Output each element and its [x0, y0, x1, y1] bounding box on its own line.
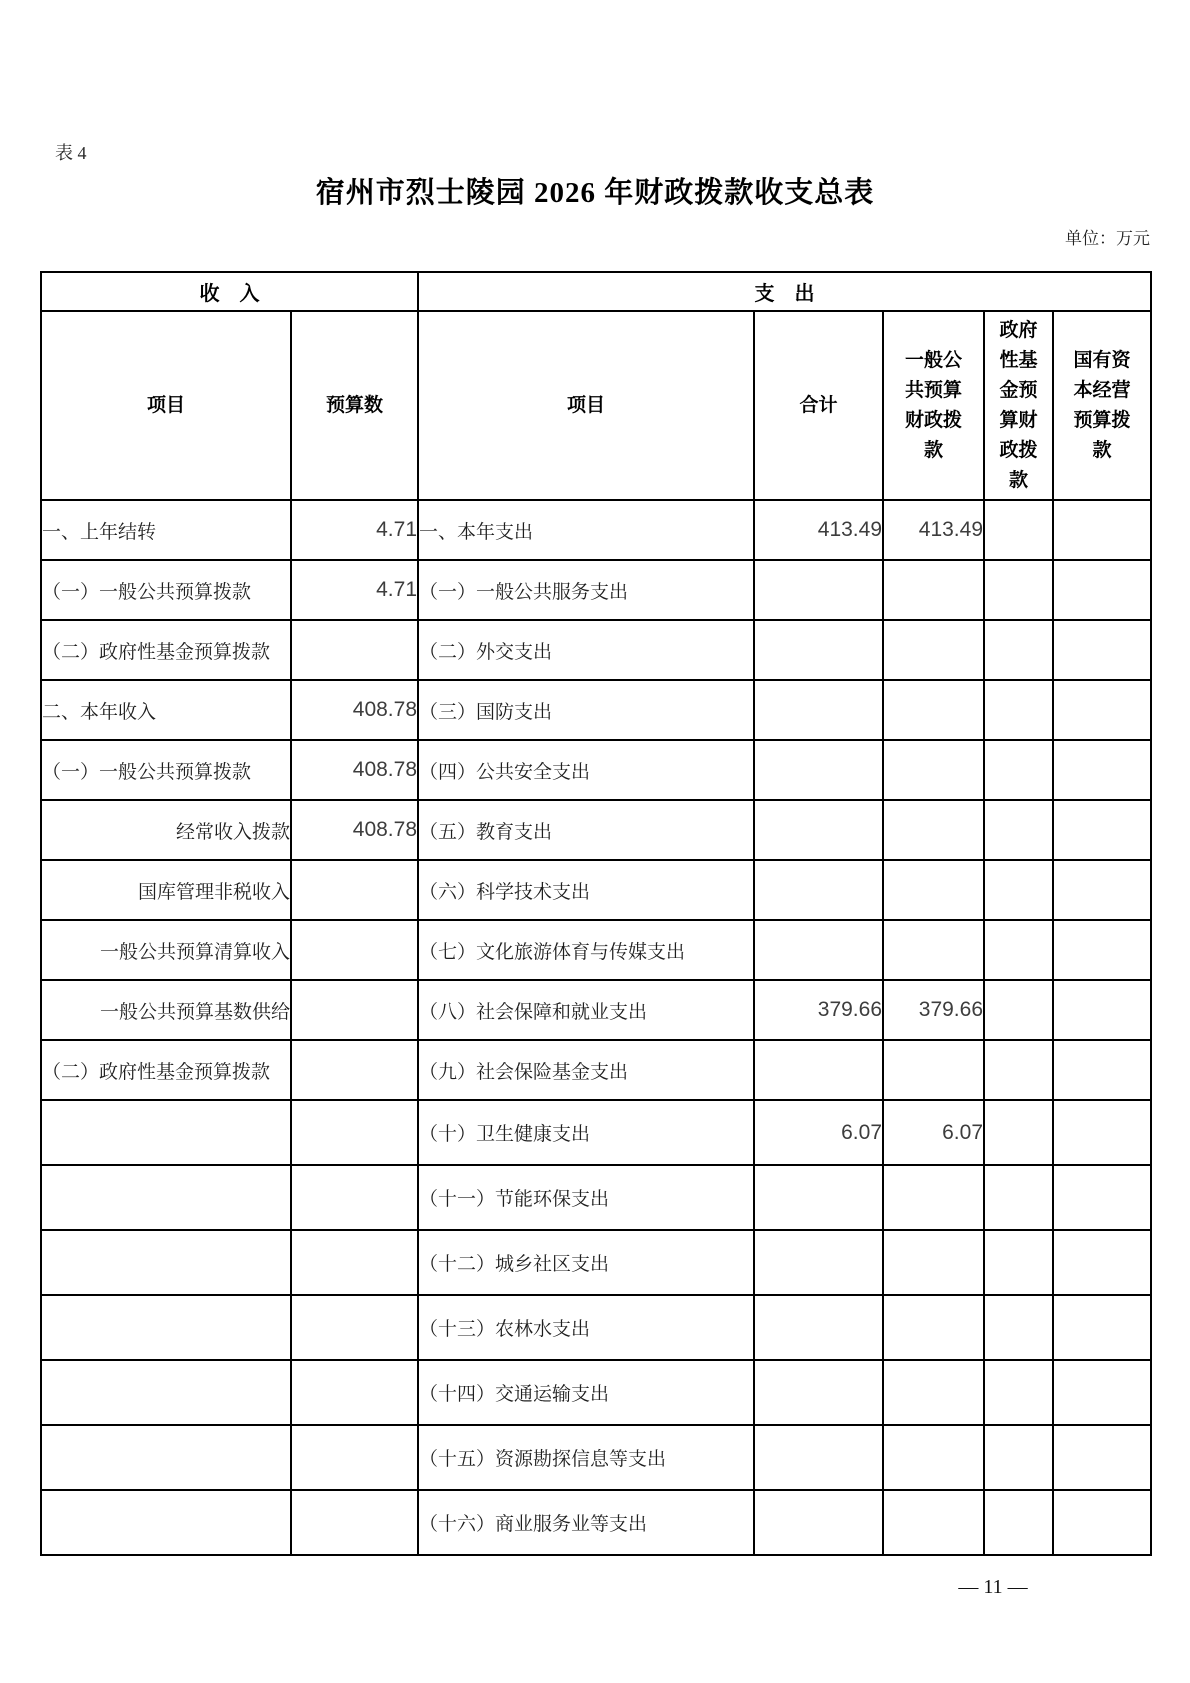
gov-fund-budget-cell — [984, 1230, 1053, 1295]
general-public-budget-cell — [883, 560, 984, 620]
table-row: 国库管理非税收入（六）科学技术支出 — [41, 860, 1151, 920]
income-budget-cell — [291, 1040, 418, 1100]
table-label: 表 4 — [55, 139, 87, 165]
income-budget-cell — [291, 1490, 418, 1555]
income-item-cell — [41, 1295, 291, 1360]
gov-fund-budget-cell — [984, 1165, 1053, 1230]
income-item-cell — [41, 1425, 291, 1490]
gov-fund-budget-cell — [984, 1360, 1053, 1425]
gov-fund-budget-cell — [984, 980, 1053, 1040]
expense-item-cell: （十五）资源勘探信息等支出 — [418, 1425, 754, 1490]
state-capital-budget-cell — [1053, 800, 1151, 860]
expense-item-cell: （十一）节能环保支出 — [418, 1165, 754, 1230]
general-public-budget-cell — [883, 1360, 984, 1425]
income-budget-cell: 4.71 — [291, 500, 418, 560]
state-capital-budget-cell — [1053, 740, 1151, 800]
expense-item-cell: （七）文化旅游体育与传媒支出 — [418, 920, 754, 980]
state-capital-budget-cell — [1053, 1230, 1151, 1295]
income-item-cell: 一、上年结转 — [41, 500, 291, 560]
expense-item-cell: （三）国防支出 — [418, 680, 754, 740]
col-header-gov-fund-budget: 政府 性基 金预 算财 政拨 款 — [984, 311, 1053, 500]
income-budget-cell — [291, 1165, 418, 1230]
table-row: 二、本年收入408.78（三）国防支出 — [41, 680, 1151, 740]
income-item-cell: 国库管理非税收入 — [41, 860, 291, 920]
gov-fund-budget-cell — [984, 1040, 1053, 1100]
state-capital-budget-cell — [1053, 560, 1151, 620]
table-row: （一）一般公共预算拨款4.71（一）一般公共服务支出 — [41, 560, 1151, 620]
document-title: 宿州市烈士陵园 2026 年财政拨款收支总表 — [40, 170, 1150, 211]
income-budget-cell — [291, 1425, 418, 1490]
table-row: （十六）商业服务业等支出 — [41, 1490, 1151, 1555]
income-item-cell — [41, 1100, 291, 1165]
general-public-budget-cell — [883, 1490, 984, 1555]
income-budget-cell — [291, 620, 418, 680]
table-row: （十四）交通运输支出 — [41, 1360, 1151, 1425]
table-row: （一）一般公共预算拨款408.78（四）公共安全支出 — [41, 740, 1151, 800]
income-budget-cell — [291, 1360, 418, 1425]
state-capital-budget-cell — [1053, 920, 1151, 980]
gov-fund-budget-cell — [984, 740, 1053, 800]
income-budget-cell — [291, 1100, 418, 1165]
general-public-budget-cell — [883, 860, 984, 920]
page-number: — 11 — — [893, 1576, 1093, 1599]
expense-total-cell — [754, 800, 883, 860]
income-item-cell — [41, 1360, 291, 1425]
unit-note: 单位：万元 — [40, 224, 1150, 249]
expense-item-cell: （八）社会保障和就业支出 — [418, 980, 754, 1040]
income-item-cell — [41, 1230, 291, 1295]
state-capital-budget-cell — [1053, 620, 1151, 680]
income-budget-cell — [291, 860, 418, 920]
general-public-budget-cell — [883, 920, 984, 980]
gov-fund-budget-cell — [984, 800, 1053, 860]
state-capital-budget-cell — [1053, 860, 1151, 920]
table-row: （二）政府性基金预算拨款（九）社会保险基金支出 — [41, 1040, 1151, 1100]
column-header-row: 项目 预算数 项目 合计 一般公 共预算 财政拨 款 政府 性基 金预 算财 政… — [41, 311, 1151, 500]
expense-item-cell: （二）外交支出 — [418, 620, 754, 680]
table-row: （十五）资源勘探信息等支出 — [41, 1425, 1151, 1490]
state-capital-budget-cell — [1053, 680, 1151, 740]
gov-fund-budget-cell — [984, 920, 1053, 980]
general-public-budget-cell: 6.07 — [883, 1100, 984, 1165]
income-budget-cell: 408.78 — [291, 800, 418, 860]
general-public-budget-cell — [883, 1230, 984, 1295]
expense-total-cell: 6.07 — [754, 1100, 883, 1165]
table-row: （十三）农林水支出 — [41, 1295, 1151, 1360]
expense-total-cell — [754, 680, 883, 740]
income-item-cell: （二）政府性基金预算拨款 — [41, 620, 291, 680]
budget-table: 收 入 支 出 项目 预算数 项目 合计 一般公 共预算 财政拨 款 政府 性基… — [40, 271, 1152, 1556]
table-row: （二）政府性基金预算拨款（二）外交支出 — [41, 620, 1151, 680]
state-capital-budget-cell — [1053, 1100, 1151, 1165]
expense-total-cell — [754, 1040, 883, 1100]
general-public-budget-cell — [883, 620, 984, 680]
general-public-budget-cell — [883, 1295, 984, 1360]
gov-fund-budget-cell — [984, 560, 1053, 620]
expense-total-cell — [754, 1425, 883, 1490]
general-public-budget-cell: 379.66 — [883, 980, 984, 1040]
income-item-cell — [41, 1165, 291, 1230]
expense-section-header: 支 出 — [418, 272, 1151, 311]
income-item-cell — [41, 1490, 291, 1555]
expense-total-cell — [754, 620, 883, 680]
general-public-budget-cell: 413.49 — [883, 500, 984, 560]
col-header-expense-item: 项目 — [418, 311, 754, 500]
general-public-budget-cell — [883, 680, 984, 740]
expense-item-cell: （一）一般公共服务支出 — [418, 560, 754, 620]
gov-fund-budget-cell — [984, 860, 1053, 920]
income-item-cell: （一）一般公共预算拨款 — [41, 560, 291, 620]
table-row: （十一）节能环保支出 — [41, 1165, 1151, 1230]
income-section-header: 收 入 — [41, 272, 418, 311]
col-header-total: 合计 — [754, 311, 883, 500]
expense-item-cell: （十）卫生健康支出 — [418, 1100, 754, 1165]
income-budget-cell — [291, 1230, 418, 1295]
income-item-cell: 经常收入拨款 — [41, 800, 291, 860]
income-budget-cell: 408.78 — [291, 680, 418, 740]
expense-item-cell: （十四）交通运输支出 — [418, 1360, 754, 1425]
col-header-state-capital-budget: 国有资 本经营 预算拨 款 — [1053, 311, 1151, 500]
general-public-budget-cell — [883, 740, 984, 800]
general-public-budget-cell — [883, 1425, 984, 1490]
gov-fund-budget-cell — [984, 1490, 1053, 1555]
expense-total-cell — [754, 920, 883, 980]
income-item-cell: 一般公共预算清算收入 — [41, 920, 291, 980]
expense-total-cell: 413.49 — [754, 500, 883, 560]
expense-total-cell — [754, 1230, 883, 1295]
income-item-cell: 二、本年收入 — [41, 680, 291, 740]
income-item-cell: 一般公共预算基数供给 — [41, 980, 291, 1040]
expense-item-cell: （四）公共安全支出 — [418, 740, 754, 800]
table-row: 一、上年结转4.71一、本年支出413.49413.49 — [41, 500, 1151, 560]
expense-item-cell: （十六）商业服务业等支出 — [418, 1490, 754, 1555]
state-capital-budget-cell — [1053, 1040, 1151, 1100]
state-capital-budget-cell — [1053, 1360, 1151, 1425]
col-header-general-public-budget: 一般公 共预算 财政拨 款 — [883, 311, 984, 500]
state-capital-budget-cell — [1053, 980, 1151, 1040]
expense-item-cell: （五）教育支出 — [418, 800, 754, 860]
expense-item-cell: （六）科学技术支出 — [418, 860, 754, 920]
expense-item-cell: （十三）农林水支出 — [418, 1295, 754, 1360]
table-row: 经常收入拨款408.78（五）教育支出 — [41, 800, 1151, 860]
expense-total-cell — [754, 1165, 883, 1230]
income-budget-cell: 4.71 — [291, 560, 418, 620]
state-capital-budget-cell — [1053, 1425, 1151, 1490]
section-header-row: 收 入 支 出 — [41, 272, 1151, 311]
expense-item-cell: （十二）城乡社区支出 — [418, 1230, 754, 1295]
gov-fund-budget-cell — [984, 620, 1053, 680]
gov-fund-budget-cell — [984, 1100, 1053, 1165]
expense-item-cell: 一、本年支出 — [418, 500, 754, 560]
income-budget-cell — [291, 980, 418, 1040]
col-header-income-item: 项目 — [41, 311, 291, 500]
expense-total-cell — [754, 860, 883, 920]
table-body: 一、上年结转4.71一、本年支出413.49413.49（一）一般公共预算拨款4… — [41, 500, 1151, 1555]
income-budget-cell — [291, 1295, 418, 1360]
table-row: （十二）城乡社区支出 — [41, 1230, 1151, 1295]
expense-total-cell — [754, 1295, 883, 1360]
table-row: 一般公共预算清算收入（七）文化旅游体育与传媒支出 — [41, 920, 1151, 980]
gov-fund-budget-cell — [984, 1295, 1053, 1360]
state-capital-budget-cell — [1053, 1490, 1151, 1555]
general-public-budget-cell — [883, 1165, 984, 1230]
general-public-budget-cell — [883, 800, 984, 860]
income-item-cell: （一）一般公共预算拨款 — [41, 740, 291, 800]
expense-total-cell: 379.66 — [754, 980, 883, 1040]
expense-total-cell — [754, 1490, 883, 1555]
state-capital-budget-cell — [1053, 1295, 1151, 1360]
gov-fund-budget-cell — [984, 1425, 1053, 1490]
state-capital-budget-cell — [1053, 1165, 1151, 1230]
expense-total-cell — [754, 560, 883, 620]
table-row: （十）卫生健康支出6.076.07 — [41, 1100, 1151, 1165]
income-item-cell: （二）政府性基金预算拨款 — [41, 1040, 291, 1100]
income-budget-cell: 408.78 — [291, 740, 418, 800]
table-row: 一般公共预算基数供给（八）社会保障和就业支出379.66379.66 — [41, 980, 1151, 1040]
general-public-budget-cell — [883, 1040, 984, 1100]
col-header-income-budget: 预算数 — [291, 311, 418, 500]
document-page: 表 4 宿州市烈士陵园 2026 年财政拨款收支总表 单位：万元 收 入 支 出… — [0, 0, 1190, 1683]
expense-total-cell — [754, 1360, 883, 1425]
expense-total-cell — [754, 740, 883, 800]
gov-fund-budget-cell — [984, 680, 1053, 740]
state-capital-budget-cell — [1053, 500, 1151, 560]
income-budget-cell — [291, 920, 418, 980]
expense-item-cell: （九）社会保险基金支出 — [418, 1040, 754, 1100]
gov-fund-budget-cell — [984, 500, 1053, 560]
